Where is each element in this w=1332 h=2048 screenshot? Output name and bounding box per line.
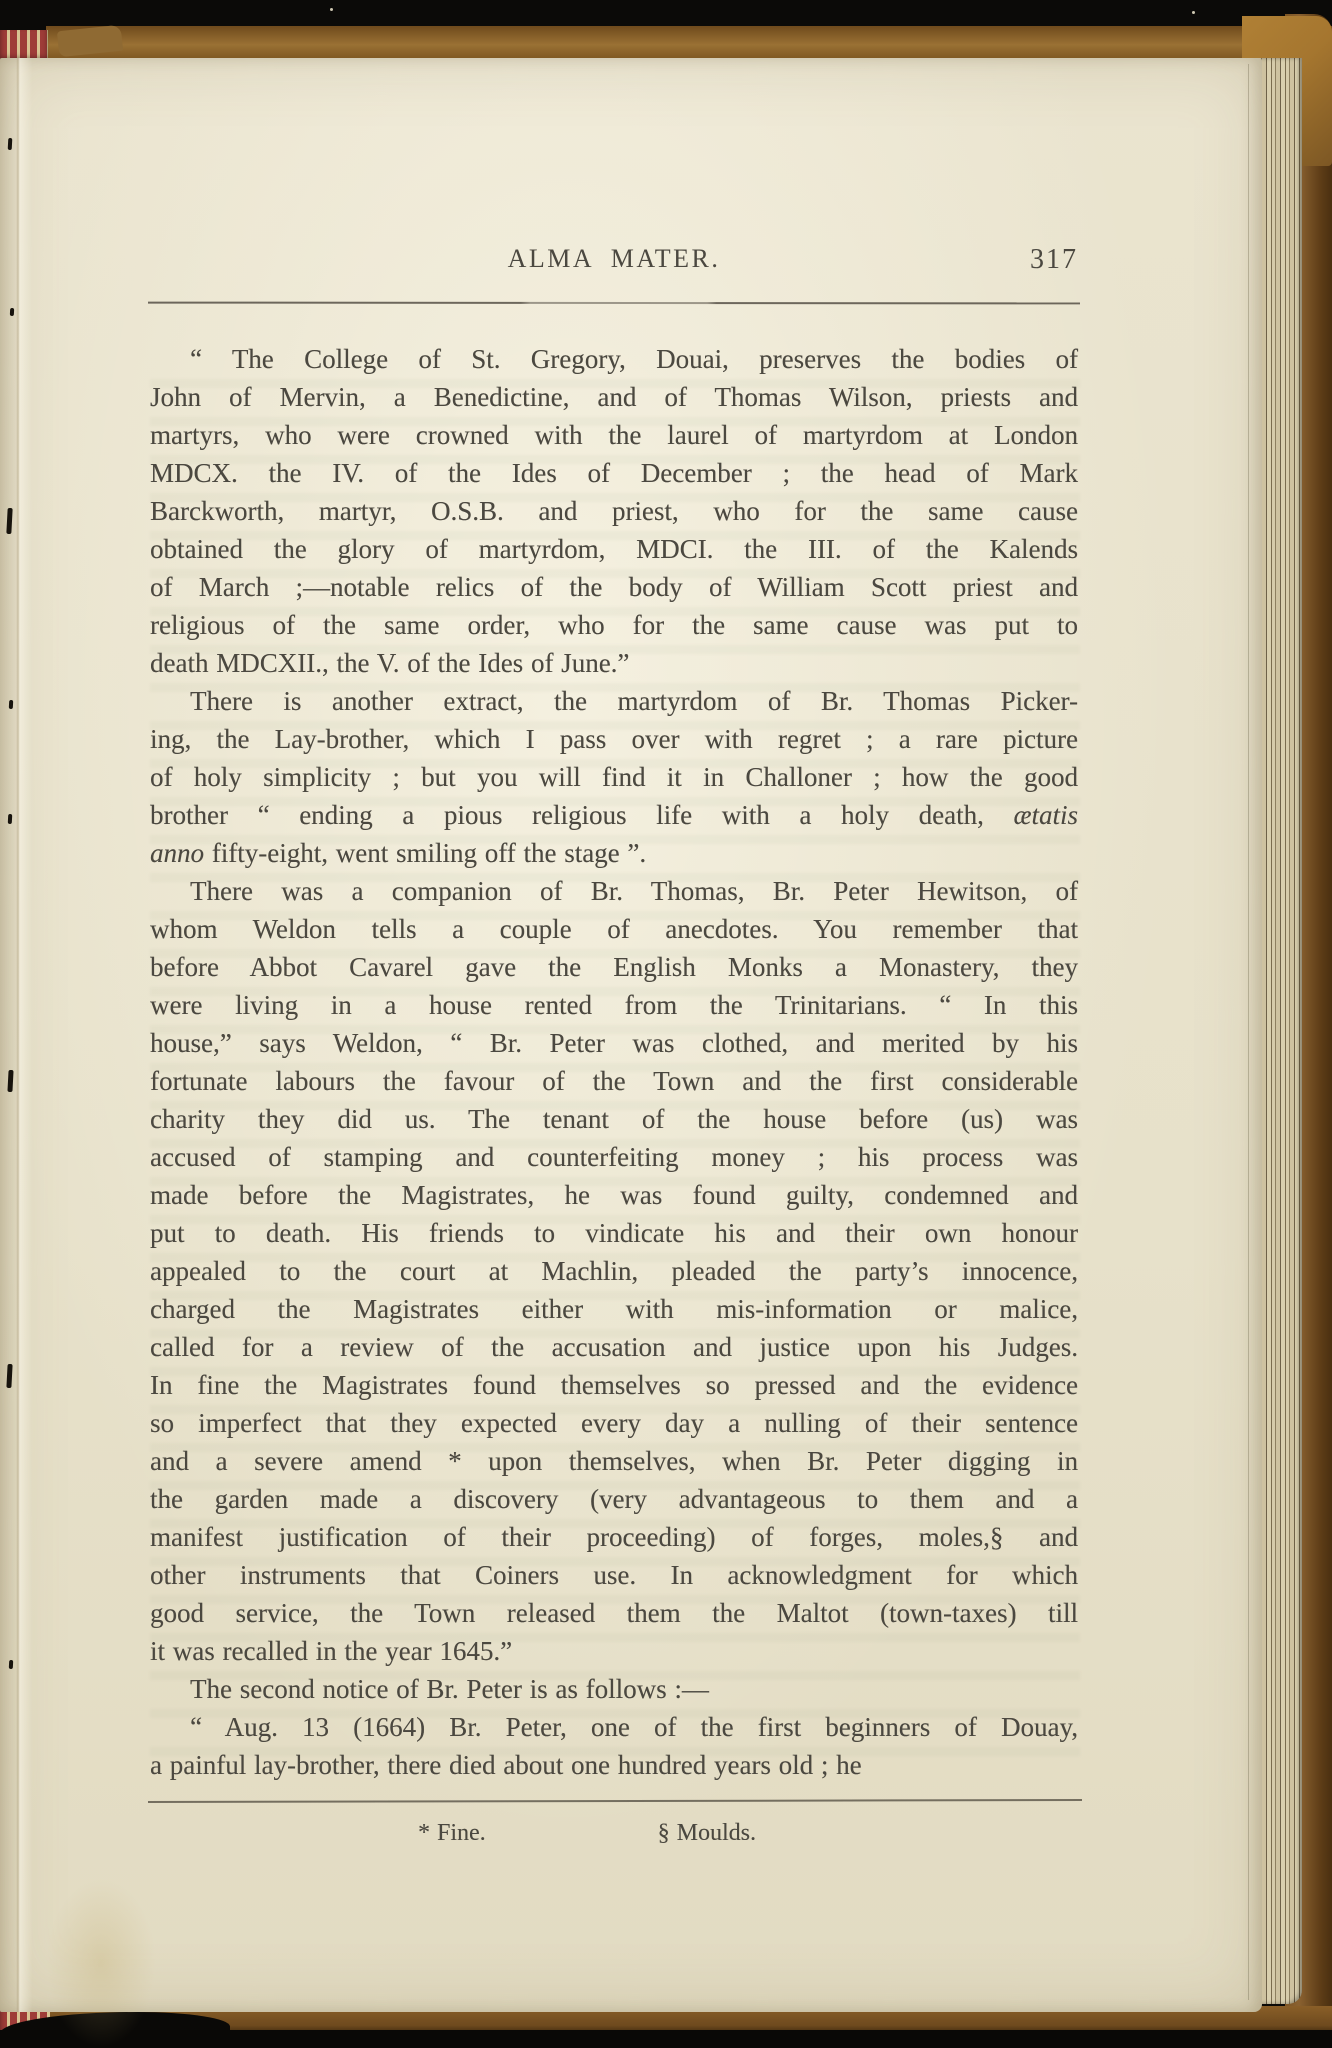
text-line: manifest justification of their proceedi… bbox=[150, 1518, 1078, 1556]
text-segment: death MDCXII., the V. of the Ides of Jun… bbox=[150, 648, 629, 678]
text-segment: martyrs, who were crowned with the laure… bbox=[150, 420, 1078, 450]
text-segment: of March ;—notable relics of the body of… bbox=[150, 572, 1078, 602]
text-segment: In fine the Magistrates found themselves… bbox=[150, 1370, 1078, 1400]
text-segment: obtained the glory of martyrdom, MDCI. t… bbox=[150, 534, 1078, 564]
text-line: so imperfect that they expected every da… bbox=[150, 1404, 1078, 1442]
book-page: ALMA MATER. 317 “ The College of St. Gre… bbox=[0, 58, 1262, 2012]
text-line: and a severe amend * upon themselves, wh… bbox=[150, 1442, 1078, 1480]
running-head: ALMA MATER. 317 bbox=[150, 244, 1078, 280]
text-line: “ The College of St. Gregory, Douai, pre… bbox=[150, 340, 1078, 378]
text-line: before Abbot Cavarel gave the English Mo… bbox=[150, 948, 1078, 986]
text-line: of March ;—notable relics of the body of… bbox=[150, 568, 1078, 606]
edge-mark bbox=[10, 308, 14, 316]
text-line: fortunate labours the favour of the Town… bbox=[150, 1062, 1078, 1100]
text-segment: MDCX. the IV. of the Ides of December ; … bbox=[150, 458, 1078, 488]
text-segment: called for a review of the accusation an… bbox=[150, 1332, 1078, 1362]
dust-speck bbox=[330, 8, 333, 11]
text-line: charity they did us. The tenant of the h… bbox=[150, 1100, 1078, 1138]
underlying-page-edge bbox=[1248, 64, 1249, 2000]
text-line: put to death. His friends to vindicate h… bbox=[150, 1214, 1078, 1252]
page-number: 317 bbox=[1030, 244, 1078, 276]
page-stain bbox=[46, 1878, 156, 2048]
dust-speck bbox=[1192, 11, 1195, 14]
paragraph: There was a companion of Br. Thomas, Br.… bbox=[150, 872, 1078, 1670]
body-text: “ The College of St. Gregory, Douai, pre… bbox=[150, 340, 1078, 1852]
text-segment: accused of stamping and counterfeiting m… bbox=[150, 1142, 1078, 1172]
text-segment: and a severe amend * upon themselves, wh… bbox=[150, 1446, 1078, 1476]
text-segment: before Abbot Cavarel gave the English Mo… bbox=[150, 952, 1078, 982]
text-line: appealed to the court at Machlin, pleade… bbox=[150, 1252, 1078, 1290]
text-line: of holy simplicity ; but you will find i… bbox=[150, 758, 1078, 796]
text-line: were living in a house rented from the T… bbox=[150, 986, 1078, 1024]
edge-mark bbox=[9, 700, 13, 709]
text-segment: The second notice of Br. Peter is as fol… bbox=[190, 1674, 709, 1704]
gutter-crease bbox=[0, 58, 46, 2012]
text-segment: ætatis bbox=[1013, 800, 1078, 830]
text-segment: brother “ ending a pious religious life … bbox=[150, 800, 1013, 830]
text-segment: house,” says Weldon, “ Br. Peter was clo… bbox=[150, 1028, 1078, 1058]
text-line: religious of the same order, who for the… bbox=[150, 606, 1078, 644]
edge-mark bbox=[9, 1660, 13, 1669]
text-segment: charged the Magistrates either with mis-… bbox=[150, 1294, 1078, 1324]
text-line: brother “ ending a pious religious life … bbox=[150, 796, 1078, 834]
text-line: ing, the Lay-brother, which I pass over … bbox=[150, 720, 1078, 758]
text-line: accused of stamping and counterfeiting m… bbox=[150, 1138, 1078, 1176]
text-segment: anno bbox=[150, 838, 204, 868]
text-segment: made before the Magistrates, he was foun… bbox=[150, 1180, 1078, 1210]
text-segment: John of Mervin, a Benedictine, and of Th… bbox=[150, 382, 1078, 412]
text-line: There was a companion of Br. Thomas, Br.… bbox=[150, 872, 1078, 910]
text-segment: fortunate labours the favour of the Town… bbox=[150, 1066, 1078, 1096]
text-segment: other instruments that Coiners use. In a… bbox=[150, 1560, 1078, 1590]
text-line: the garden made a discovery (very advant… bbox=[150, 1480, 1078, 1518]
text-segment: it was recalled in the year 1645.” bbox=[150, 1636, 512, 1666]
text-line: Barckworth, martyr, O.S.B. and priest, w… bbox=[150, 492, 1078, 530]
text-line: martyrs, who were crowned with the laure… bbox=[150, 416, 1078, 454]
paragraph: “ The College of St. Gregory, Douai, pre… bbox=[150, 340, 1078, 682]
paragraph: The second notice of Br. Peter is as fol… bbox=[150, 1670, 1078, 1708]
text-line: other instruments that Coiners use. In a… bbox=[150, 1556, 1078, 1594]
text-line: anno fifty-eight, went smiling off the s… bbox=[150, 834, 1078, 872]
text-line: John of Mervin, a Benedictine, and of Th… bbox=[150, 378, 1078, 416]
text-segment: ing, the Lay-brother, which I pass over … bbox=[150, 724, 1078, 754]
header-rule bbox=[148, 302, 1080, 305]
text-segment: good service, the Town released them the… bbox=[150, 1598, 1078, 1628]
text-segment: put to death. His friends to vindicate h… bbox=[150, 1218, 1078, 1248]
text-segment: so imperfect that they expected every da… bbox=[150, 1408, 1078, 1438]
text-line: good service, the Town released them the… bbox=[150, 1594, 1078, 1632]
text-segment: charity they did us. The tenant of the h… bbox=[150, 1104, 1078, 1134]
text-line: a painful lay-brother, there died about … bbox=[150, 1746, 1078, 1784]
text-segment: a painful lay-brother, there died about … bbox=[150, 1750, 862, 1780]
backdrop-bottom-band bbox=[0, 2030, 1332, 2048]
footnote-moulds: § Moulds. bbox=[658, 1814, 756, 1852]
text-line: MDCX. the IV. of the Ides of December ; … bbox=[150, 454, 1078, 492]
photograph-backdrop: { "page": { "header": { "title": "ALMA M… bbox=[0, 0, 1332, 2048]
text-line: death MDCXII., the V. of the Ides of Jun… bbox=[150, 644, 1078, 682]
page-title: ALMA MATER. bbox=[150, 244, 1078, 274]
edge-mark bbox=[8, 138, 13, 150]
text-segment: the garden made a discovery (very advant… bbox=[150, 1484, 1078, 1514]
footnotes: * Fine. § Moulds. bbox=[150, 1814, 1078, 1852]
text-line: whom Weldon tells a couple of anecdotes.… bbox=[150, 910, 1078, 948]
text-line: “ Aug. 13 (1664) Br. Peter, one of the f… bbox=[150, 1708, 1078, 1746]
text-line: it was recalled in the year 1645.” bbox=[150, 1632, 1078, 1670]
paragraph: There is another extract, the martyrdom … bbox=[150, 682, 1078, 872]
footnote-rule bbox=[148, 1799, 1082, 1803]
text-line: obtained the glory of martyrdom, MDCI. t… bbox=[150, 530, 1078, 568]
text-segment: religious of the same order, who for the… bbox=[150, 610, 1078, 640]
footnote-fine: * Fine. bbox=[418, 1814, 486, 1852]
text-line: In fine the Magistrates found themselves… bbox=[150, 1366, 1078, 1404]
text-line: called for a review of the accusation an… bbox=[150, 1328, 1078, 1366]
book-top-edge bbox=[46, 26, 1332, 60]
text-line: house,” says Weldon, “ Br. Peter was clo… bbox=[150, 1024, 1078, 1062]
text-line: The second notice of Br. Peter is as fol… bbox=[150, 1670, 1078, 1708]
text-segment: Barckworth, martyr, O.S.B. and priest, w… bbox=[150, 496, 1078, 526]
fore-edge-page-stack bbox=[1258, 58, 1302, 2004]
paragraph: “ Aug. 13 (1664) Br. Peter, one of the f… bbox=[150, 1708, 1078, 1784]
text-segment: “ Aug. 13 (1664) Br. Peter, one of the f… bbox=[190, 1712, 1078, 1742]
text-segment: whom Weldon tells a couple of anecdotes.… bbox=[150, 914, 1078, 944]
text-line: charged the Magistrates either with mis-… bbox=[150, 1290, 1078, 1328]
text-segment: fifty-eight, went smiling off the stage … bbox=[204, 838, 646, 868]
text-segment: of holy simplicity ; but you will find i… bbox=[150, 762, 1078, 792]
text-line: made before the Magistrates, he was foun… bbox=[150, 1176, 1078, 1214]
text-segment: manifest justification of their proceedi… bbox=[150, 1522, 1078, 1552]
text-line: There is another extract, the martyrdom … bbox=[150, 682, 1078, 720]
text-segment: There was a companion of Br. Thomas, Br.… bbox=[190, 876, 1078, 906]
text-segment: were living in a house rented from the T… bbox=[150, 990, 1078, 1020]
text-segment: There is another extract, the martyrdom … bbox=[190, 686, 1078, 716]
text-segment: “ The College of St. Gregory, Douai, pre… bbox=[190, 344, 1078, 374]
text-segment: appealed to the court at Machlin, pleade… bbox=[150, 1256, 1078, 1286]
edge-mark bbox=[8, 814, 13, 824]
